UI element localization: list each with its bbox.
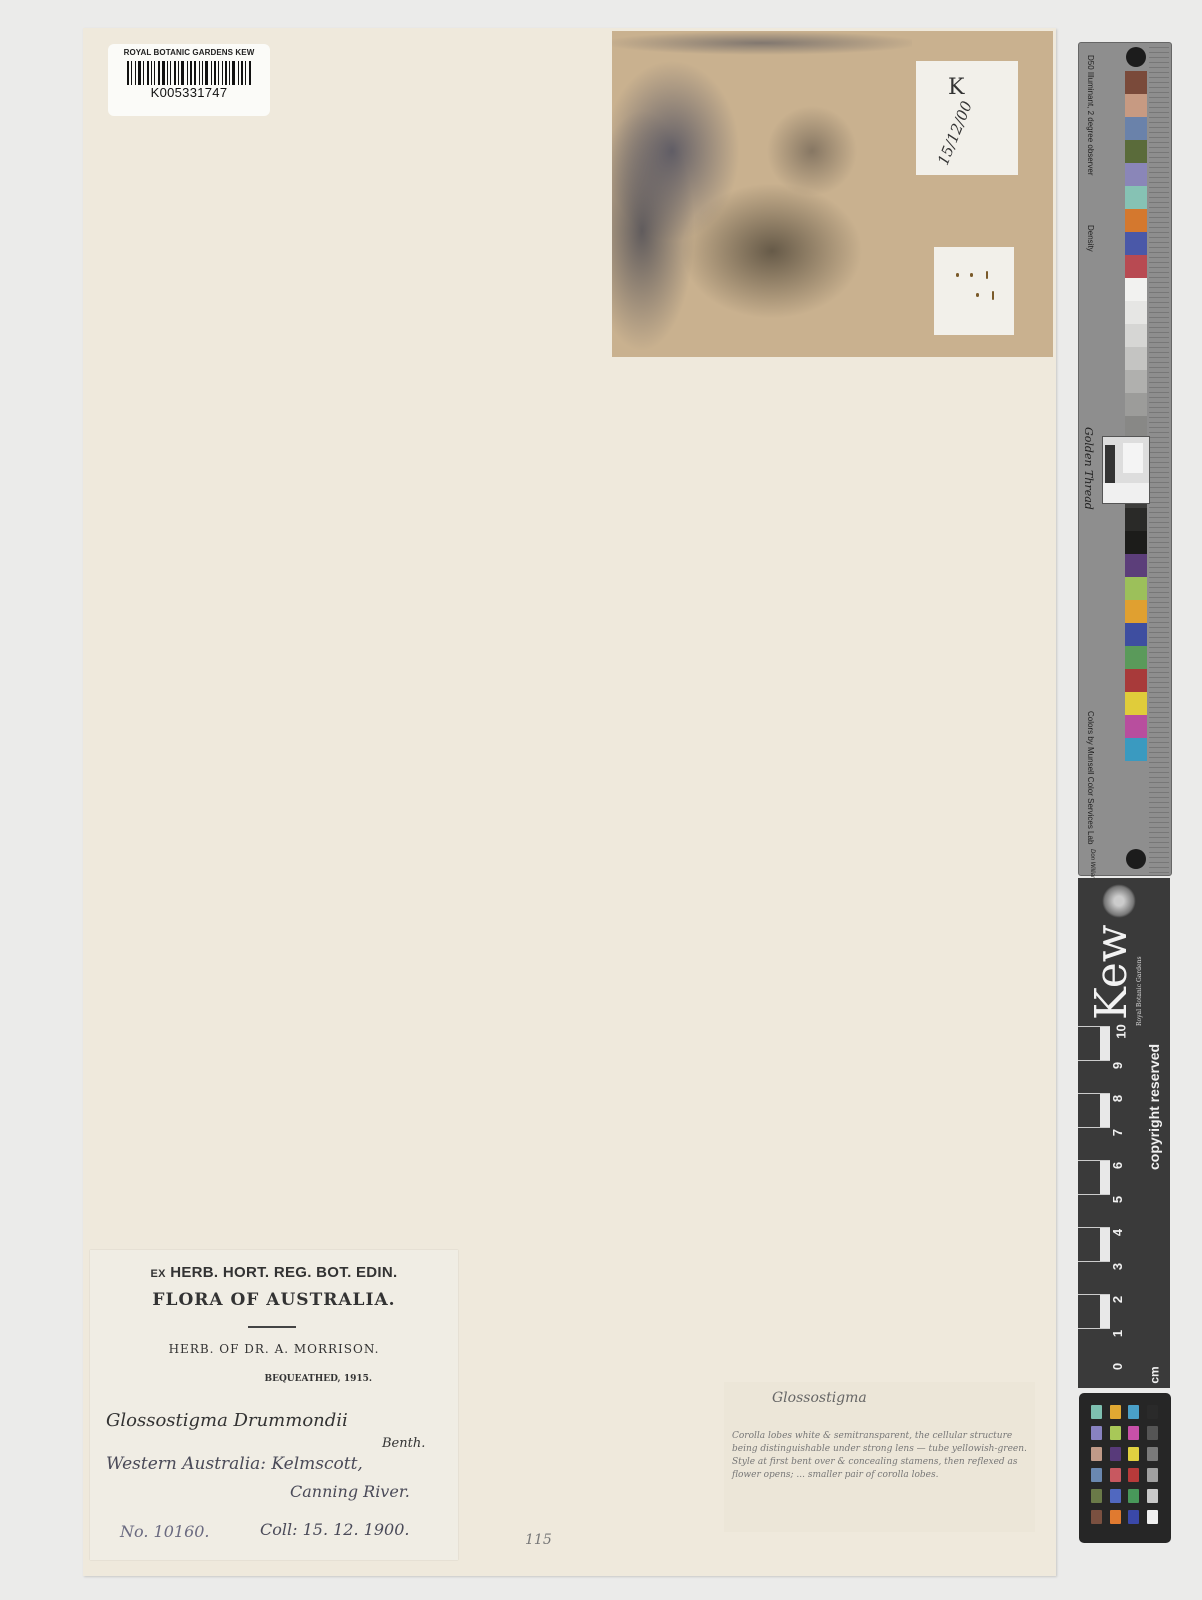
color-swatch — [1125, 554, 1147, 577]
barcode-bar — [194, 61, 196, 85]
kew-logo: Kew — [1086, 925, 1137, 1020]
color-swatch — [1125, 715, 1147, 738]
checker-patch — [1110, 1405, 1121, 1419]
barcode-bar — [245, 61, 246, 85]
checker-patch — [1110, 1426, 1121, 1440]
checker-patch — [1110, 1510, 1121, 1524]
locality-detail: Canning River. — [290, 1482, 410, 1501]
punch-hole-icon — [1126, 47, 1146, 67]
barcode-bar — [181, 61, 184, 85]
ruler-tick-label: 8 — [1110, 1095, 1125, 1102]
checker-patch — [1147, 1468, 1158, 1482]
barcode-bar — [222, 61, 223, 85]
ruler-segment — [1078, 1060, 1110, 1094]
checker-patch — [1110, 1447, 1121, 1461]
locality: Western Australia: Kelmscott, — [106, 1454, 363, 1474]
color-swatch — [1125, 738, 1147, 761]
ruler-tick-label: 10 — [1114, 1024, 1129, 1038]
color-swatch — [1125, 232, 1147, 255]
color-swatch — [1125, 347, 1147, 370]
color-swatch — [1125, 163, 1147, 186]
barcode-bar — [131, 61, 132, 85]
ruler-segment — [1078, 1261, 1110, 1295]
color-swatch — [1125, 508, 1147, 531]
barcode-bar — [154, 61, 155, 85]
checker-patch — [1147, 1426, 1158, 1440]
barcode-bar — [147, 61, 149, 85]
plant-specimen — [612, 31, 912, 357]
barcode-label: ROYAL BOTANIC GARDENS KEW K005331747 — [108, 44, 270, 116]
label-flora-title: FLORA OF AUSTRALIA. — [90, 1290, 458, 1310]
color-swatch — [1125, 531, 1147, 554]
color-swatch — [1125, 577, 1147, 600]
specimen-packet: K 15/12/00 — [612, 31, 1053, 357]
barcode-bar — [143, 61, 144, 85]
checker-patch — [1128, 1405, 1139, 1419]
ruler-tick-label: 9 — [1110, 1061, 1125, 1068]
kew-scale-bar: Royal Botanic Gardens Kew 109876543210 c… — [1078, 878, 1170, 1388]
checker-patch — [1128, 1447, 1139, 1461]
barcode-bar — [162, 61, 165, 85]
ruler-segment — [1078, 1093, 1110, 1127]
checker-patch — [1110, 1468, 1121, 1482]
ruler-tick-label: 2 — [1110, 1296, 1125, 1303]
color-swatch — [1125, 71, 1147, 94]
checker-patch — [1091, 1426, 1102, 1440]
ruler-tick-label: 4 — [1110, 1229, 1125, 1236]
kew-crest-icon — [1102, 884, 1136, 918]
barcode-bar — [151, 61, 152, 85]
illuminant-text: D50 Illuminant, 2 degree observer — [1086, 55, 1095, 176]
color-swatch — [1125, 623, 1147, 646]
brand-name: Golden Thread — [1082, 427, 1095, 510]
note-date: 15/12/00 — [934, 99, 976, 168]
color-swatch — [1125, 117, 1147, 140]
barcode-bar — [229, 61, 230, 85]
punch-hole-icon — [1126, 849, 1146, 869]
notes-genus: Glossostigma — [772, 1390, 867, 1406]
note-letter: K — [948, 75, 964, 100]
barcode-bar — [138, 61, 141, 85]
ruler-tick-label: 0 — [1110, 1363, 1125, 1370]
ruler-segment — [1078, 1194, 1110, 1228]
label-bequest: BEQUEATHED, 1915. — [265, 1374, 373, 1384]
barcode-bar — [238, 61, 239, 85]
color-swatch — [1125, 255, 1147, 278]
barcode-bar — [174, 61, 176, 85]
checker-patch — [1110, 1489, 1121, 1503]
notes-label: Glossostigma Corolla lobes white & semit… — [724, 1382, 1035, 1532]
sheet-number: 115 — [525, 1532, 552, 1548]
checker-patch — [1128, 1510, 1139, 1524]
kew-subtitle: Royal Botanic Gardens — [1136, 956, 1143, 1026]
checker-patch — [1147, 1489, 1158, 1503]
ruler-segment — [1078, 1160, 1110, 1194]
barcode-bar — [170, 61, 171, 85]
label-herb-owner: HERB. OF DR. A. MORRISON. — [90, 1342, 458, 1356]
notes-description: Corolla lobes white & semitransparent, t… — [732, 1430, 1032, 1482]
color-swatch — [1125, 393, 1147, 416]
barcode-bar — [218, 61, 219, 85]
taxon-author: Benth. — [382, 1436, 425, 1451]
unit-label: cm — [1148, 1366, 1162, 1383]
ruler-segment — [1078, 1294, 1110, 1328]
barcode-bar — [225, 61, 227, 85]
color-swatch — [1125, 669, 1147, 692]
color-swatch — [1125, 370, 1147, 393]
checker-patch — [1091, 1405, 1102, 1419]
copyright-text: copyright reserved — [1146, 1044, 1162, 1170]
color-swatch — [1125, 186, 1147, 209]
ruler-tick-label: 1 — [1110, 1329, 1125, 1336]
collector-note: K 15/12/00 — [916, 61, 1018, 175]
institution-name: ROYAL BOTANIC GARDENS KEW — [108, 48, 270, 57]
cm-ruler — [1078, 1026, 1110, 1388]
color-checker — [1079, 1393, 1171, 1543]
ruler-edge — [1149, 43, 1169, 875]
color-swatch — [1125, 140, 1147, 163]
ruler-segment — [1078, 1328, 1110, 1362]
barcode-bar — [202, 61, 203, 85]
barcode-bar — [158, 61, 160, 85]
checker-patch — [1128, 1468, 1139, 1482]
checker-patch — [1128, 1489, 1139, 1503]
color-swatch — [1125, 692, 1147, 715]
dissected-parts-card — [934, 247, 1014, 335]
color-swatch — [1125, 278, 1147, 301]
determination-label: EX HERB. HORT. REG. BOT. EDIN. FLORA OF … — [90, 1250, 458, 1560]
barcode-bar — [127, 61, 129, 85]
ruler-segment — [1078, 1026, 1110, 1060]
barcode — [127, 61, 251, 85]
ruler-tick-label: 7 — [1110, 1128, 1125, 1135]
label-herbarium-line: EX HERB. HORT. REG. BOT. EDIN. — [90, 1264, 458, 1281]
barcode-bar — [167, 61, 168, 85]
checker-patch — [1091, 1489, 1102, 1503]
checker-patch — [1091, 1510, 1102, 1524]
barcode-bar — [211, 61, 212, 85]
color-swatch — [1125, 324, 1147, 347]
label-divider — [248, 1326, 296, 1328]
gray-target — [1102, 436, 1150, 504]
checker-patch — [1147, 1447, 1158, 1461]
munsell-credit: Colors by Munsell Color Services Lab — [1086, 711, 1095, 844]
checker-patch — [1147, 1405, 1158, 1419]
barcode-number: K005331747 — [108, 85, 270, 100]
label-prefix: EX — [150, 1268, 165, 1280]
density-label: Density — [1086, 225, 1095, 252]
color-swatch — [1125, 301, 1147, 324]
barcode-bar — [190, 61, 192, 85]
checker-patch — [1091, 1468, 1102, 1482]
barcode-bar — [135, 61, 136, 85]
barcode-bar — [205, 61, 208, 85]
color-swatch — [1125, 600, 1147, 623]
color-swatches — [1125, 71, 1147, 761]
barcode-bar — [214, 61, 216, 85]
collection-date: Coll: 15. 12. 1900. — [260, 1520, 409, 1539]
checker-patch — [1147, 1510, 1158, 1524]
label-line1: HERB. HORT. REG. BOT. EDIN. — [170, 1264, 397, 1281]
ruler-segment — [1078, 1227, 1110, 1261]
ruler-tick-label: 6 — [1110, 1162, 1125, 1169]
collection-number: No. 10160. — [120, 1522, 210, 1541]
color-swatch — [1125, 209, 1147, 232]
barcode-bar — [241, 61, 243, 85]
barcode-bar — [178, 61, 179, 85]
barcode-bar — [187, 61, 188, 85]
barcode-bar — [199, 61, 200, 85]
color-swatch — [1125, 646, 1147, 669]
checker-patch — [1128, 1426, 1139, 1440]
checker-patch — [1091, 1447, 1102, 1461]
ruler-tick-label: 3 — [1110, 1262, 1125, 1269]
ruler-segment — [1078, 1127, 1110, 1161]
barcode-bar — [249, 61, 251, 85]
color-swatch — [1125, 94, 1147, 117]
taxon-name: Glossostigma Drummondii — [106, 1410, 348, 1431]
barcode-bar — [232, 61, 235, 85]
ruler-tick-label: 5 — [1110, 1195, 1125, 1202]
